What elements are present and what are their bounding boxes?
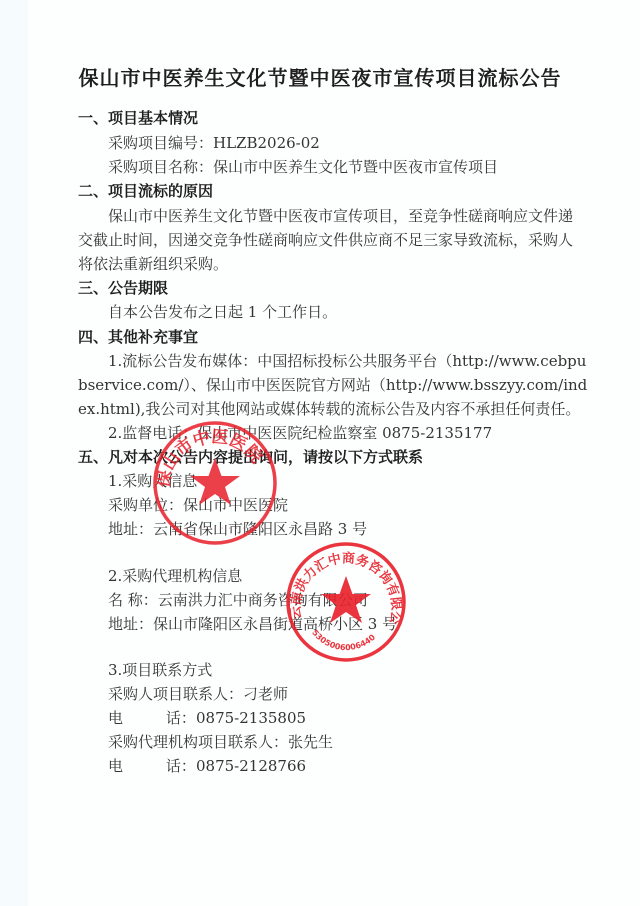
section-2-heading: 二、项目流标的原因 bbox=[78, 181, 213, 201]
agency-contact: 采购代理机构项目联系人：张先生 bbox=[108, 732, 333, 752]
contacts-label: 3.项目联系方式 bbox=[108, 660, 212, 680]
section-4-heading: 四、其他补充事宜 bbox=[78, 327, 198, 347]
purchaser-info-label: 1.采购人信息 bbox=[108, 471, 197, 491]
reason-line-3: 将依法重新组织采购。 bbox=[78, 254, 228, 274]
agency-name: 名 称：云南洪力汇中商务咨询有限公司 bbox=[108, 590, 368, 610]
purchaser-phone: 0875-2135805 bbox=[196, 708, 306, 728]
media-line-2: bservice.com/）、保山市中医医院官方网站（http://www.bs… bbox=[78, 375, 587, 395]
document-page: 保山市中医养生文化节暨中医夜市宣传项目流标公告 一、项目基本情况 采购项目编号：… bbox=[0, 0, 640, 906]
agency-address: 地址：保山市隆阳区永昌街道高桥小区 3 号 bbox=[108, 614, 397, 634]
supervision-phone: 2.监督电话：保山市中医医院纪检监察室 0875-2135177 bbox=[108, 423, 492, 443]
purchaser-phone-label: 电 话： bbox=[108, 708, 196, 728]
reason-line-2: 交截止时间，因递交竞争性磋商响应文件供应商不足三家导致流标，采购人 bbox=[78, 230, 573, 250]
agency-phone-label: 电 话： bbox=[108, 756, 196, 776]
media-line-1: 1.流标公告发布媒体：中国招标投标公共服务平台（http://www.cebpu bbox=[108, 351, 586, 371]
purchaser-address: 地址：云南省保山市隆阳区永昌路 3 号 bbox=[108, 519, 367, 539]
purchaser-unit: 采购单位：保山市中医医院 bbox=[108, 495, 288, 515]
agency-info-label: 2.采购代理机构信息 bbox=[108, 566, 242, 586]
media-line-3: ex.html),我公司对其他网站或媒体转载的流标公告及内容不承担任何责任。 bbox=[78, 399, 580, 419]
section-1-heading: 一、项目基本情况 bbox=[78, 108, 198, 128]
purchaser-contact: 采购人项目联系人：刁老师 bbox=[108, 684, 288, 704]
notice-period: 自本公告发布之日起 1 个工作日。 bbox=[108, 302, 337, 322]
agency-phone: 0875-2128766 bbox=[196, 756, 306, 776]
section-3-heading: 三、公告期限 bbox=[78, 278, 168, 298]
project-number: 采购项目编号：HLZB2026-02 bbox=[108, 133, 320, 153]
section-5-heading: 五、凡对本次公告内容提出询问，请按以下方式联系 bbox=[78, 447, 423, 467]
project-name: 采购项目名称：保山市中医养生文化节暨中医夜市宣传项目 bbox=[108, 157, 498, 177]
document-title: 保山市中医养生文化节暨中医夜市宣传项目流标公告 bbox=[0, 62, 640, 91]
reason-line-1: 保山市中医养生文化节暨中医夜市宣传项目，至竞争性磋商响应文件递 bbox=[108, 206, 573, 226]
